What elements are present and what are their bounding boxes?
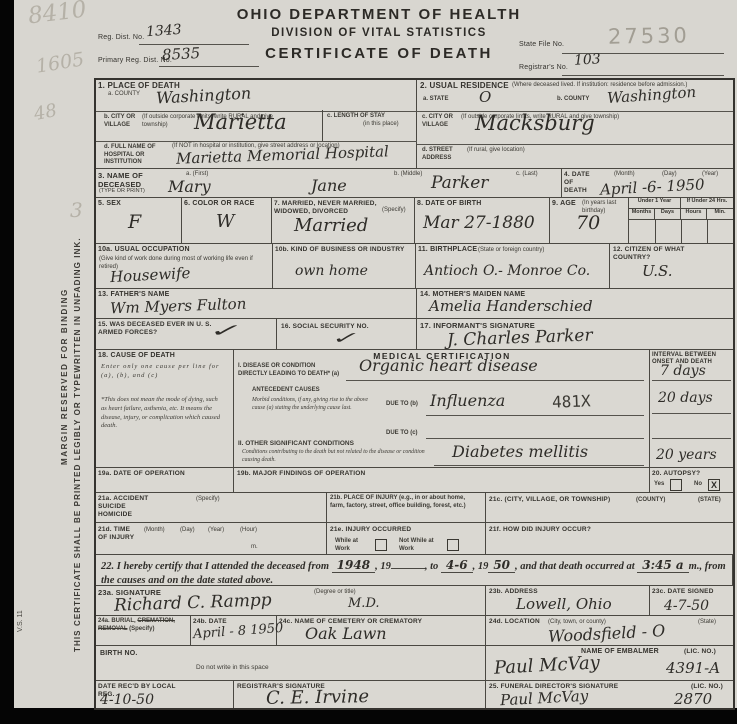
- accident-label: 21a. ACCIDENT SUICIDE HOMICIDE: [98, 495, 156, 518]
- field-informant: 17. INFORMANT'S SIGNATURE J. Charles Par…: [417, 319, 733, 350]
- length-of-stay-label: c. LENGTH OF STAY: [327, 113, 385, 121]
- length-of-stay-cell: c. LENGTH OF STAY (in this place): [322, 110, 417, 141]
- field-birth-no: BIRTH NO. Do not write in this space: [96, 646, 486, 681]
- rule: [652, 412, 731, 414]
- scanned-death-certificate: { "margin": { "m1": "MARGIN RESERVED FOR…: [0, 0, 737, 724]
- race-label: 6. COLOR OR RACE: [184, 200, 254, 208]
- field-ssn: 16. SOCIAL SECURITY NO. ✓: [277, 319, 417, 350]
- cert-year-value: 50: [488, 558, 515, 573]
- interval-b-value: 20 days: [658, 390, 713, 406]
- injury-m-label: m.: [251, 544, 258, 552]
- birthplace-label: 11. BIRTHPLACE: [418, 246, 477, 254]
- disease-label-2: DIRECTLY LEADING TO DEATH* (a): [238, 371, 339, 379]
- rule: [346, 379, 644, 381]
- pencil-mark: 8410: [27, 0, 88, 29]
- first-name-value: Mary: [168, 177, 211, 196]
- field-burial-type: 24a. BURIAL, CREMATION, REMOVAL (Specify…: [96, 616, 191, 646]
- cert-to-value: 4-6: [441, 558, 473, 573]
- father-value: Wm Myers Fulton: [110, 295, 247, 318]
- injury-year-label: (Year): [208, 527, 224, 535]
- field-injury-occurred: 21e. INJURY OCCURRED While at Work Not W…: [327, 523, 486, 555]
- sex-label: 5. SEX: [98, 200, 121, 208]
- reg-dist-label: Reg. Dist. No.: [98, 34, 144, 42]
- due-to-b-label: DUE TO (b): [386, 401, 418, 409]
- state-value: O: [479, 88, 491, 106]
- header-division: DIVISION OF VITAL STATISTICS: [164, 27, 594, 39]
- field-date-received: DATE REC'D BY LOCAL REG. 4-10-50: [96, 681, 234, 708]
- embalmer-lic-label: (LIC. NO.): [684, 648, 716, 656]
- marital-value: Married: [294, 215, 368, 236]
- field-date-of-death: 4. DATE OF DEATH (Month) (Day) (Year) Ap…: [562, 169, 733, 198]
- burial-label: 24a. BURIAL, CREMATION, REMOVAL (Specify…: [98, 618, 186, 633]
- location-label: 24d. LOCATION: [489, 618, 540, 626]
- armed-forces-check: ✓: [204, 320, 241, 340]
- length-of-stay-note: (in this place): [363, 121, 399, 129]
- other-significant-label: II. OTHER SIGNIFICANT CONDITIONS: [238, 440, 354, 448]
- armed-forces-label: 15. WAS DECEASED EVER IN U. S. ARMED FOR…: [98, 321, 213, 337]
- field-sex: 5. SEX F: [96, 198, 182, 244]
- under-24-hrs-header: If Under 24 Hrs.: [681, 198, 733, 209]
- margin-ink-note: THIS CERTIFICATE SHALL BE PRINTED LEGIBL…: [73, 237, 82, 652]
- primary-reg-dist-value: 8535: [162, 44, 201, 64]
- field-date-of-birth: 8. DATE OF BIRTH Mar 27-1880: [415, 198, 550, 244]
- field-injury-location: 21c. (CITY, VILLAGE, OR TOWNSHIP) (COUNT…: [486, 493, 733, 523]
- field-birthplace: 11. BIRTHPLACE (State or foreign country…: [416, 244, 610, 289]
- field-occupation: 10a. USUAL OCCUPATION (Give kind of work…: [96, 244, 273, 289]
- field-marital-status: 7. MARRIED, NEVER MARRIED, WIDOWED, DIVO…: [272, 198, 415, 244]
- hospital-label: d. FULL NAME OF HOSPITAL OR INSTITUTION: [104, 144, 166, 167]
- burial-label-note: (Specify): [129, 626, 154, 632]
- cemetery-value: Oak Lawn: [305, 624, 387, 643]
- degree-value: M.D.: [348, 596, 380, 611]
- residence-city-value: Macksburg: [475, 111, 595, 135]
- rule: [681, 220, 682, 244]
- other-significant-value: Diabetes mellitis: [452, 442, 588, 461]
- field-physician-signature: 23a. SIGNATURE Richard C. Rampp (Degree …: [96, 586, 486, 616]
- street-label: d. STREET ADDRESS: [422, 147, 462, 162]
- informant-signature: J. Charles Parker: [447, 325, 593, 350]
- state-file-label: State File No.: [519, 41, 564, 49]
- pencil-mark: 1605: [35, 48, 86, 77]
- field-accident-type: 21a. ACCIDENT SUICIDE HOMICIDE (Specify): [96, 493, 327, 523]
- field-age-subtable: Under 1 Year If Under 24 Hrs. Months Day…: [629, 198, 733, 244]
- physician-signature-value: Richard C. Rampp: [114, 590, 272, 615]
- injury-city-label: 21c. (CITY, VILLAGE, OR TOWNSHIP): [489, 496, 610, 504]
- autopsy-yes-checkbox: [670, 479, 682, 491]
- field-cemetery-location: 24d. LOCATION (City, town, or county) (S…: [486, 616, 733, 646]
- county-value: Washington: [156, 84, 252, 108]
- while-at-work-label: While at Work: [335, 538, 371, 553]
- registrar-signature-value: C. E. Irvine: [266, 686, 369, 709]
- field-citizen: 12. CITIZEN OF WHAT COUNTRY? U.S.: [610, 244, 733, 289]
- months-header: Months: [629, 209, 655, 220]
- field-cause-of-death-notes: 18. CAUSE OF DEATH Enter only one cause …: [96, 350, 234, 468]
- field-funeral-director: 25. FUNERAL DIRECTOR'S SIGNATURE (LIC. N…: [486, 681, 733, 708]
- name-title: 3. NAME OF DECEASED: [98, 171, 160, 189]
- funeral-director-lic-value: 2870: [674, 690, 712, 708]
- header-department: OHIO DEPARTMENT OF HEALTH: [164, 6, 594, 23]
- city-value: Marietta: [194, 110, 287, 134]
- physician-address-value: Lowell, Ohio: [516, 595, 612, 613]
- cert-text: 22. I hereby certify that I attended the…: [101, 561, 329, 572]
- cert-text: , and that death occurred at: [515, 561, 635, 572]
- injury-occurred-label: 21e. INJURY OCCURRED: [330, 526, 411, 534]
- field-registrar-signature: REGISTRAR'S SIGNATURE C. E. Irvine: [234, 681, 486, 708]
- cert-text: , 19: [473, 561, 489, 572]
- ssn-check: ✓: [327, 328, 359, 347]
- field-medical-certification: MEDICAL CERTIFICATION I. DISEASE OR COND…: [234, 350, 650, 468]
- field-date-of-operation: 19a. DATE OF OPERATION: [96, 468, 234, 493]
- dob-label: 8. DATE OF BIRTH: [417, 200, 482, 208]
- date-received-value: 4-10-50: [100, 692, 154, 708]
- autopsy-yes-label: Yes: [654, 481, 664, 489]
- registrar-no-label: Registrar's No.: [519, 64, 568, 72]
- reg-dist-value: 1343: [145, 22, 182, 40]
- rule: [562, 74, 724, 76]
- accident-note: (Specify): [196, 496, 220, 504]
- middle-name-value: Jane: [311, 176, 347, 195]
- injury-day-label: (Day): [180, 527, 195, 535]
- cause-code-stamp: 481X: [552, 391, 591, 411]
- sex-value: F: [128, 211, 141, 233]
- hours-header: Hours: [681, 209, 707, 220]
- last-name-label: c. (Last): [516, 171, 538, 179]
- residence-county-label: b. COUNTY: [557, 96, 589, 104]
- field-color-or-race: 6. COLOR OR RACE W: [182, 198, 272, 244]
- field-autopsy: 20. AUTOPSY? Yes No X: [650, 468, 733, 493]
- registrar-no-value: 103: [574, 51, 602, 68]
- days-header: Days: [655, 209, 681, 220]
- field-age: 9. AGE (In years last birthday) 70: [550, 198, 629, 244]
- cause-note-2: *This does not mean the mode of dying, s…: [101, 396, 223, 431]
- injury-county-label: (COUNTY): [636, 497, 665, 505]
- rule: [707, 220, 708, 244]
- not-while-at-work-checkbox: [447, 539, 459, 551]
- margin-binding-note: MARGIN RESERVED FOR BINDING: [60, 288, 69, 465]
- field-operation-findings: 19b. MAJOR FINDINGS OF OPERATION: [234, 468, 650, 493]
- field-cemetery: 24c. NAME OF CEMETERY OR CREMATORY Oak L…: [277, 616, 486, 646]
- residence-city-label: c. CITY OR VILLAGE: [422, 114, 458, 129]
- industry-label: 10b. KIND OF BUSINESS OR INDUSTRY: [275, 246, 405, 254]
- cert-time-value: 3:45 a: [637, 558, 688, 573]
- autopsy-no-label: No: [694, 481, 702, 489]
- injury-month-label: (Month): [144, 527, 165, 535]
- certificate-paper: MARGIN RESERVED FOR BINDING THIS CERTIFI…: [14, 0, 737, 708]
- field-embalmer: NAME OF EMBALMER (LIC. NO.) Paul McVay 4…: [486, 646, 733, 681]
- how-injury-label: 21f. HOW DID INJURY OCCUR?: [489, 526, 591, 534]
- field-interval-column: INTERVAL BETWEEN ONSET AND DEATH 7 days …: [650, 350, 733, 468]
- field-date-signed: 23c. DATE SIGNED 4-7-50: [650, 586, 733, 616]
- field-industry: 10b. KIND OF BUSINESS OR INDUSTRY own ho…: [273, 244, 416, 289]
- county-label: a. COUNTY: [108, 91, 140, 99]
- name-note: (TYPE OR PRINT): [99, 188, 145, 195]
- date-signed-value: 4-7-50: [664, 598, 709, 614]
- field-usual-residence: 2. USUAL RESIDENCE (Where deceased lived…: [417, 80, 733, 169]
- place-of-injury-label: 21b. PLACE OF INJURY (e.g., in or about …: [330, 495, 480, 510]
- not-while-at-work-label: Not While at Work: [399, 538, 441, 553]
- disease-value: Organic heart disease: [359, 356, 538, 375]
- antecedent-label: ANTECEDENT CAUSES: [252, 387, 320, 395]
- occupation-value: Housewife: [110, 264, 191, 286]
- birth-no-note: Do not write in this space: [196, 664, 269, 672]
- rule: [652, 437, 731, 439]
- field-place-of-injury: 21b. PLACE OF INJURY (e.g., in or about …: [327, 493, 486, 523]
- birthplace-note: (State or foreign country): [478, 247, 544, 255]
- cert-from-value: 1948: [332, 558, 375, 573]
- disease-label-1: I. DISEASE OR CONDITION: [238, 363, 315, 371]
- field-armed-forces: 15. WAS DECEASED EVER IN U. S. ARMED FOR…: [96, 319, 277, 350]
- field-burial-date: 24b. DATE April - 8 1950: [191, 616, 277, 646]
- marital-label: 7. MARRIED, NEVER MARRIED, WIDOWED, DIVO…: [274, 200, 392, 216]
- field-father-name: 13. FATHER'S NAME Wm Myers Fulton: [96, 289, 417, 319]
- dob-value: Mar 27-1880: [423, 213, 535, 233]
- field-how-injury-occurred: 21f. HOW DID INJURY OCCUR?: [486, 523, 733, 555]
- date-of-death-label: 4. DATE OF DEATH: [564, 171, 596, 194]
- certification-text: 22. I hereby certify that I attended the…: [101, 558, 728, 588]
- state-file-stamp: 27530: [608, 23, 690, 48]
- citizen-label: 12. CITIZEN OF WHAT COUNTRY?: [613, 246, 703, 262]
- burial-label-part1: 24a. BURIAL,: [98, 618, 136, 624]
- date-of-death-value: April -6- 1950: [600, 175, 705, 198]
- marital-note: (Specify): [382, 207, 406, 215]
- injury-state-label: (STATE): [698, 497, 721, 505]
- field-physician-address: 23b. ADDRESS Lowell, Ohio: [486, 586, 650, 616]
- autopsy-label: 20. AUTOPSY?: [652, 470, 700, 478]
- min-header: Min.: [707, 209, 733, 220]
- cert-text: , to: [425, 561, 438, 572]
- operation-findings-label: 19b. MAJOR FINDINGS OF OPERATION: [237, 470, 365, 478]
- rule: [417, 143, 733, 145]
- rule: [426, 414, 644, 416]
- due-to-c-label: DUE TO (c): [386, 430, 418, 438]
- field-certification-statement: 22. I hereby certify that I attended the…: [96, 555, 733, 586]
- age-value: 70: [576, 212, 600, 234]
- birthplace-value: Antioch O.- Monroe Co.: [424, 263, 590, 279]
- field-time-of-injury: 21d. TIME OF INJURY (Month) (Day) (Year)…: [96, 523, 327, 555]
- citizen-value: U.S.: [642, 262, 673, 280]
- birth-no-label: BIRTH NO.: [100, 650, 138, 658]
- time-of-injury-label: 21d. TIME OF INJURY: [98, 526, 138, 542]
- due-to-b-value: Influenza: [430, 391, 505, 410]
- last-name-value: Parker: [431, 173, 488, 193]
- field-place-of-death: 1. PLACE OF DEATH a. COUNTY Washington b…: [96, 80, 417, 169]
- location-state-note: (State): [698, 619, 716, 627]
- rule: [655, 220, 656, 244]
- rule: [391, 559, 425, 569]
- date-signed-label: 23c. DATE SIGNED: [652, 588, 714, 596]
- cause-note-1: Enter only one cause per line for (a), (…: [101, 363, 223, 381]
- month-label: (Month): [614, 171, 635, 179]
- autopsy-no-checkbox: X: [708, 479, 720, 491]
- street-note: (If rural, give location): [467, 147, 525, 155]
- industry-value: own home: [295, 263, 368, 279]
- date-of-operation-label: 19a. DATE OF OPERATION: [98, 470, 188, 478]
- city-label: b. CITY OR VILLAGE: [104, 114, 140, 129]
- interval-a-value: 7 days: [660, 363, 706, 379]
- rule: [434, 464, 644, 466]
- pencil-mark: 48: [32, 100, 58, 125]
- state-label: a. STATE: [423, 96, 448, 104]
- pencil-mark: 3: [70, 198, 83, 222]
- certificate-form: 1. PLACE OF DEATH a. COUNTY Washington b…: [94, 78, 735, 710]
- cause-of-death-label: 18. CAUSE OF DEATH: [98, 352, 175, 360]
- age-label: 9. AGE: [552, 200, 576, 208]
- field-mother-name: 14. MOTHER'S MAIDEN NAME Amelia Handersc…: [417, 289, 733, 319]
- rule: [652, 379, 731, 381]
- occupation-label: 10a. USUAL OCCUPATION: [98, 246, 190, 254]
- while-at-work-checkbox: [375, 539, 387, 551]
- mother-value: Amelia Handerschied: [429, 297, 593, 315]
- rule: [96, 140, 417, 142]
- interval-ii-value: 20 years: [656, 447, 717, 463]
- cert-text: , 19: [375, 561, 391, 572]
- embalmer-lic-value: 4391-A: [666, 659, 720, 677]
- form-number: V.S. 11: [17, 610, 24, 632]
- race-value: W: [216, 211, 235, 232]
- funeral-director-signature: Paul McVay: [500, 687, 589, 710]
- under-1-year-header: Under 1 Year: [629, 198, 681, 209]
- rule: [159, 65, 259, 67]
- injury-hour-label: (Hour): [240, 527, 257, 535]
- usual-residence-title: 2. USUAL RESIDENCE: [420, 81, 509, 91]
- field-name-of-deceased: 3. NAME OF DECEASED (TYPE OR PRINT) a. (…: [96, 169, 562, 198]
- middle-name-label: b. (Middle): [394, 171, 422, 179]
- other-significant-note: Conditions contributing to the death but…: [242, 449, 427, 465]
- rule: [426, 437, 644, 439]
- embalmer-signature: Paul McVay: [494, 652, 601, 679]
- antecedent-note: Morbid conditions, if any, giving rise t…: [252, 397, 378, 413]
